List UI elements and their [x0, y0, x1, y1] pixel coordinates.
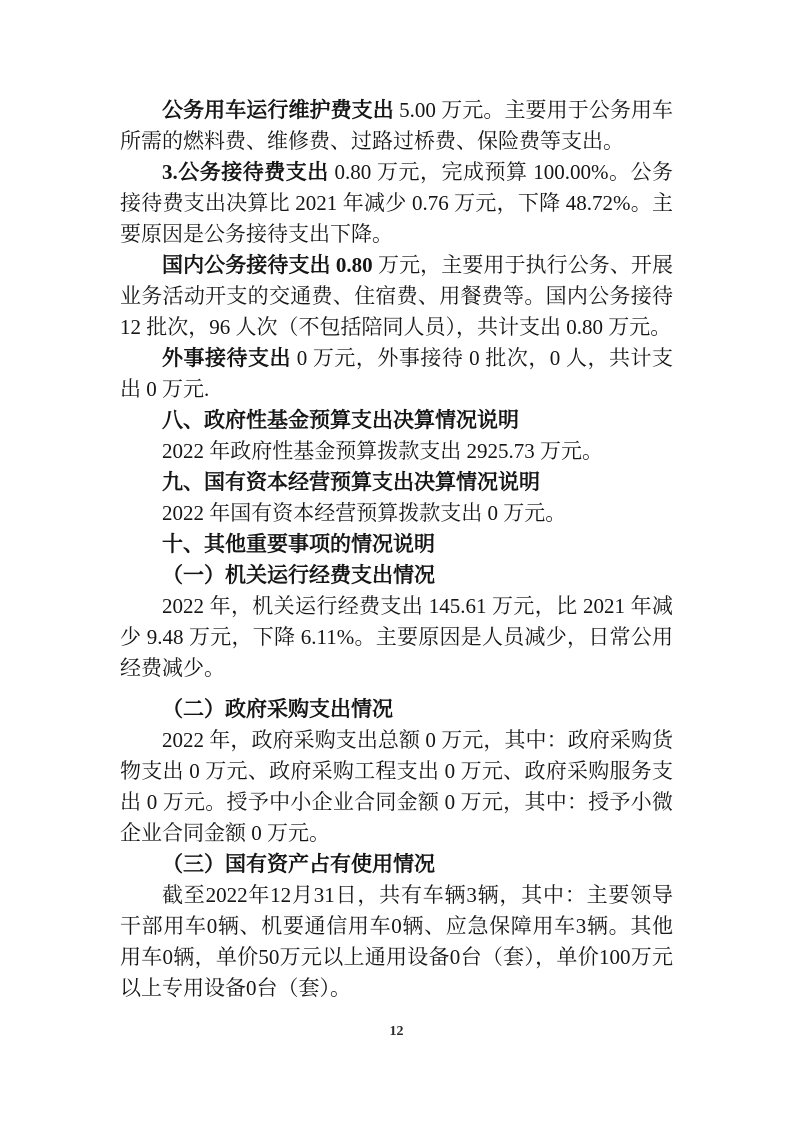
document-body: 公务用车运行维护费支出 5.00 万元。主要用于公务用车所需的燃料费、维修费、过… — [120, 95, 673, 1004]
paragraph-lead: 国内公务接待支出 0.80 — [162, 253, 373, 277]
subsection-heading-1-agency-operating-cost: （一）机关运行经费支出情况 — [120, 560, 673, 591]
paragraph-government-fund-expenditure: 2022 年政府性基金预算拨款支出 2925.73 万元。 — [120, 436, 673, 467]
paragraph-official-reception-expense: 3.公务接待费支出 0.80 万元，完成预算 100.00%。公务接待费支出决算… — [120, 157, 673, 250]
paragraph-government-procurement: 2022 年，政府采购支出总额 0 万元，其中：政府采购货物支出 0 万元、政府… — [120, 725, 673, 849]
paragraph-lead: 公务用车运行维护费支出 — [162, 98, 394, 122]
paragraph-domestic-reception: 国内公务接待支出 0.80 万元，主要用于执行公务、开展业务活动开支的交通费、住… — [120, 250, 673, 343]
subsection-heading-2-government-procurement: （二）政府采购支出情况 — [120, 694, 673, 725]
document-page: 公务用车运行维护费支出 5.00 万元。主要用于公务用车所需的燃料费、维修费、过… — [0, 0, 793, 1122]
section-heading-9-state-capital: 九、国有资本经营预算支出决算情况说明 — [120, 467, 673, 498]
paragraph-lead: 3.公务接待费支出 — [162, 160, 329, 184]
subsection-heading-3-state-assets: （三）国有资产占有使用情况 — [120, 849, 673, 880]
paragraph-lead: 外事接待支出 — [162, 346, 291, 370]
paragraph-agency-operating-cost: 2022 年，机关运行经费支出 145.61 万元，比 2021 年减少 9.4… — [120, 591, 673, 684]
paragraph-foreign-reception: 外事接待支出 0 万元，外事接待 0 批次，0 人，共计支出 0 万元. — [120, 343, 673, 405]
section-heading-8-government-fund: 八、政府性基金预算支出决算情况说明 — [120, 405, 673, 436]
page-number: 12 — [0, 1024, 793, 1040]
paragraph-state-assets: 截至2022年12月31日，共有车辆3辆，其中：主要领导干部用车0辆、机要通信用… — [120, 880, 673, 1004]
paragraph-state-capital-expenditure: 2022 年国有资本经营预算拨款支出 0 万元。 — [120, 498, 673, 529]
paragraph-official-vehicle-maintenance: 公务用车运行维护费支出 5.00 万元。主要用于公务用车所需的燃料费、维修费、过… — [120, 95, 673, 157]
section-heading-10-other-matters: 十、其他重要事项的情况说明 — [120, 529, 673, 560]
